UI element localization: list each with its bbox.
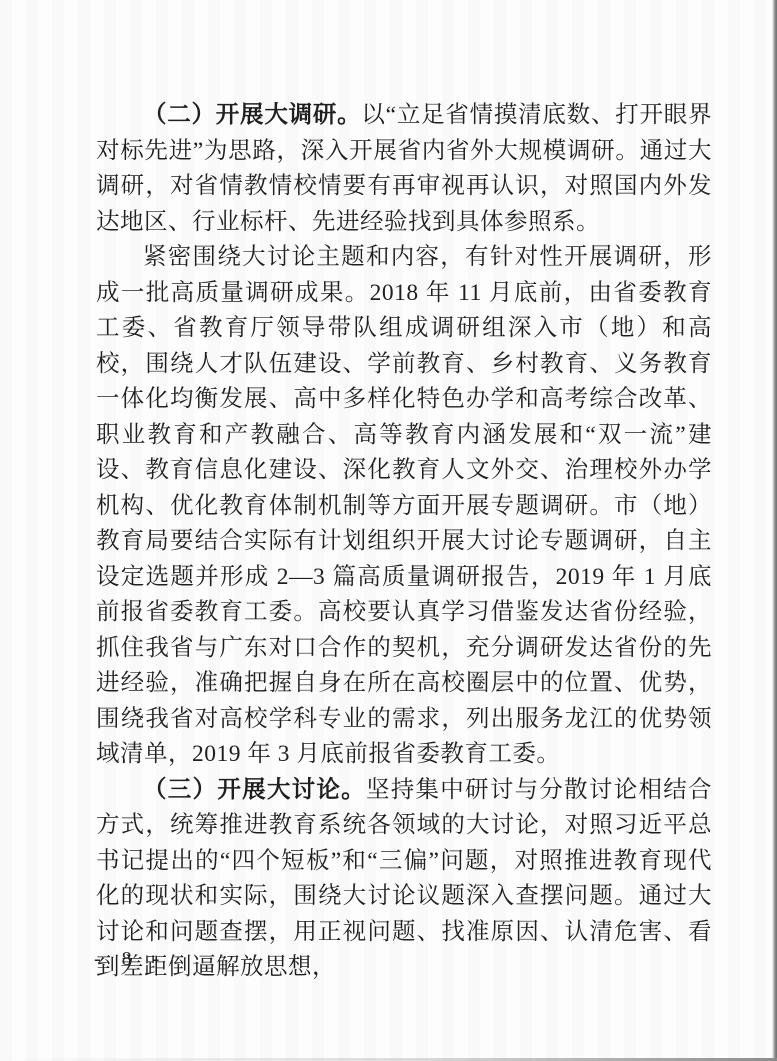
paragraph-heading: （二）开展大调研。: [143, 102, 361, 128]
paragraph-heading: （三）开展大讨论。: [143, 777, 366, 803]
paragraph-body: 紧密围绕大讨论主题和内容，有针对性开展调研，形成一批高质量调研成果。2018 年…: [96, 244, 712, 767]
scan-edge-shadow-right: [772, 0, 777, 1061]
paragraph: （二）开展大调研。以“立足省情摸清底数、打开眼界对标先进”为思路，深入开展省内省…: [96, 98, 712, 240]
paragraph: （三）开展大讨论。坚持集中研讨与分散讨论相结合方式，统筹推进教育系统各领域的大讨…: [96, 773, 712, 986]
paragraph: 紧密围绕大讨论主题和内容，有针对性开展调研，形成一批高质量调研成果。2018 年…: [96, 240, 712, 773]
paragraph-body: 坚持集中研讨与分散讨论相结合方式，统筹推进教育系统各领域的大讨论，对照习近平总书…: [96, 777, 712, 981]
document-text: （二）开展大调研。以“立足省情摸清底数、打开眼界对标先进”为思路，深入开展省内省…: [96, 98, 712, 986]
page-number: - 8 -: [94, 948, 167, 971]
document-page: （二）开展大调研。以“立足省情摸清底数、打开眼界对标先进”为思路，深入开展省内省…: [0, 0, 777, 1061]
